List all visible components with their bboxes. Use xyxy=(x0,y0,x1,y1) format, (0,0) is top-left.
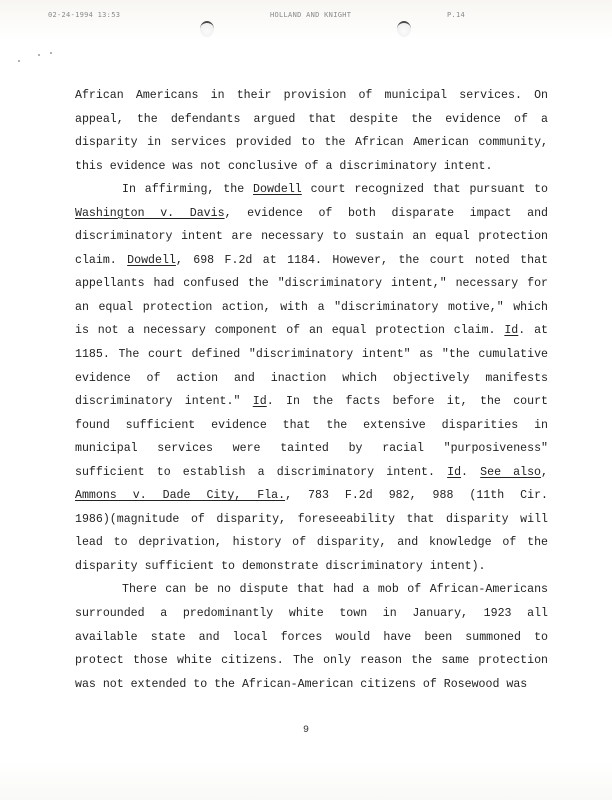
text-line: 1986)(magnitude of disparity, foreseeabi… xyxy=(75,508,548,532)
text-line: disparity in services provided to the Af… xyxy=(75,131,548,155)
text-run: , evidence of both disparate impact and xyxy=(225,207,548,220)
text-line: 1185. The court defined "discriminatory … xyxy=(75,343,548,367)
text-run: , 698 F.2d at 1184. However, the court n… xyxy=(176,254,548,267)
text-run: municipal services were tainted by racia… xyxy=(75,442,548,455)
text-line: sufficient to establish a discriminatory… xyxy=(75,461,548,485)
text-line: evidence of action and inaction which ob… xyxy=(75,367,548,391)
text-run: appeal, the defendants argued that despi… xyxy=(75,113,548,126)
fax-page-number: P.14 xyxy=(447,11,465,19)
text-run: is not a necessary component of an equal… xyxy=(75,324,504,337)
text-run: surrounded a predominantly white town in… xyxy=(75,607,548,620)
case-citation: Id xyxy=(504,324,518,337)
fax-header: 02-24-1994 13:53 HOLLAND AND KNIGHT P.14 xyxy=(0,11,612,23)
text-line: Ammons v. Dade City, Fla., 783 F.2d 982,… xyxy=(75,484,548,508)
text-run: There can be no dispute that had a mob o… xyxy=(122,583,548,596)
case-citation: Washington v. Davis xyxy=(75,207,225,220)
text-run: discriminatory intent are necessary to s… xyxy=(75,230,548,243)
text-run: disparity sufficient to demonstrate disc… xyxy=(75,560,486,573)
text-line: disparity sufficient to demonstrate disc… xyxy=(75,555,548,579)
text-line: this evidence was not conclusive of a di… xyxy=(75,155,548,179)
text-run: In affirming, the xyxy=(122,183,253,196)
text-line: There can be no dispute that had a mob o… xyxy=(75,578,548,602)
text-run: discriminatory intent." xyxy=(75,395,253,408)
text-line: an equal protection action, with a "disc… xyxy=(75,296,548,320)
case-citation: Ammons v. Dade City, Fla. xyxy=(75,489,285,502)
text-run: African Americans in their provision of … xyxy=(75,89,548,102)
scan-speck xyxy=(50,52,52,54)
text-run: found sufficient evidence that the exten… xyxy=(75,419,548,432)
fax-sender: HOLLAND AND KNIGHT xyxy=(270,11,351,19)
case-citation: See also xyxy=(480,466,541,479)
text-run: . at xyxy=(518,324,548,337)
text-line: municipal services were tainted by racia… xyxy=(75,437,548,461)
text-line: surrounded a predominantly white town in… xyxy=(75,602,548,626)
scan-speck xyxy=(38,54,40,56)
paragraph: There can be no dispute that had a mob o… xyxy=(75,578,548,696)
text-run: available state and local forces would h… xyxy=(75,631,548,644)
text-run: lead to deprivation, history of disparit… xyxy=(75,536,548,549)
text-line: African Americans in their provision of … xyxy=(75,84,548,108)
text-line: was not extended to the African-American… xyxy=(75,673,548,697)
paragraph: African Americans in their provision of … xyxy=(75,84,548,178)
text-line: Washington v. Davis, evidence of both di… xyxy=(75,202,548,226)
case-citation: Id xyxy=(253,395,267,408)
text-run: . In the facts before it, the court xyxy=(267,395,548,408)
text-run: evidence of action and inaction which ob… xyxy=(75,372,548,385)
case-citation: Dowdell xyxy=(253,183,302,196)
document-body: African Americans in their provision of … xyxy=(75,84,548,696)
case-citation: Id xyxy=(447,466,461,479)
text-run: . xyxy=(461,466,480,479)
text-run: this evidence was not conclusive of a di… xyxy=(75,160,492,173)
case-citation: Dowdell xyxy=(127,254,176,267)
punch-hole-mark xyxy=(397,21,411,37)
text-line: In affirming, the Dowdell court recogniz… xyxy=(75,178,548,202)
text-run: protect those white citizens. The only r… xyxy=(75,654,548,667)
text-run: claim. xyxy=(75,254,127,267)
text-run: 1986)(magnitude of disparity, foreseeabi… xyxy=(75,513,548,526)
page-number: 9 xyxy=(303,725,309,736)
text-line: is not a necessary component of an equal… xyxy=(75,319,548,343)
text-run: , xyxy=(541,466,548,479)
text-run: court recognized that pursuant to xyxy=(302,183,548,196)
text-run: 1185. The court defined "discriminatory … xyxy=(75,348,548,361)
text-line: appeal, the defendants argued that despi… xyxy=(75,108,548,132)
text-line: discriminatory intent." Id. In the facts… xyxy=(75,390,548,414)
text-run: , 783 F.2d 982, 988 (11th Cir. xyxy=(285,489,548,502)
text-run: appellants had confused the "discriminat… xyxy=(75,277,548,290)
text-line: claim. Dowdell, 698 F.2d at 1184. Howeve… xyxy=(75,249,548,273)
text-line: protect those white citizens. The only r… xyxy=(75,649,548,673)
text-run: disparity in services provided to the Af… xyxy=(75,136,548,149)
scan-speck xyxy=(18,60,20,62)
text-run: an equal protection action, with a "disc… xyxy=(75,301,548,314)
text-line: discriminatory intent are necessary to s… xyxy=(75,225,548,249)
paragraph: In affirming, the Dowdell court recogniz… xyxy=(75,178,548,578)
text-run: sufficient to establish a discriminatory… xyxy=(75,466,447,479)
punch-hole-mark xyxy=(200,21,214,37)
fax-timestamp: 02-24-1994 13:53 xyxy=(48,11,120,19)
text-line: appellants had confused the "discriminat… xyxy=(75,272,548,296)
text-line: found sufficient evidence that the exten… xyxy=(75,414,548,438)
text-run: was not extended to the African-American… xyxy=(75,678,527,691)
text-line: available state and local forces would h… xyxy=(75,626,548,650)
text-line: lead to deprivation, history of disparit… xyxy=(75,531,548,555)
